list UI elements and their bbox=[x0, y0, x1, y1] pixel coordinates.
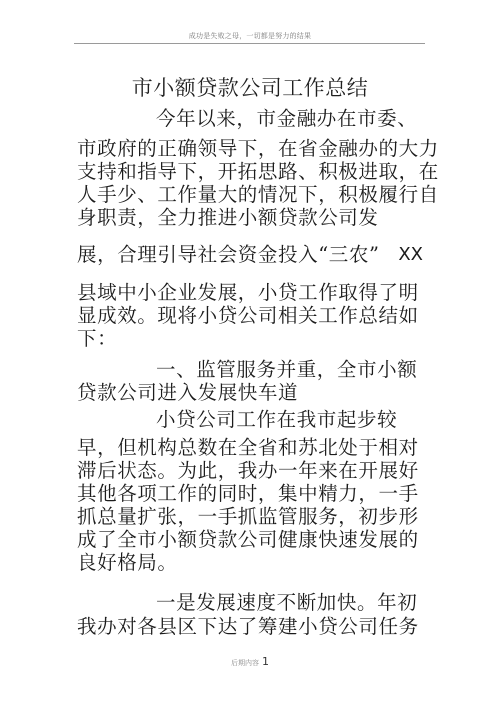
document-page: 成功是失败之母，一切都是努力的结果 市小额贷款公司工作总结 今年以来，市金融办在… bbox=[0, 0, 500, 708]
body-line: 展，合理引导社会资金投入“三农”XX bbox=[77, 244, 423, 266]
body-line-text: 今年以来，市金融办在市委、 bbox=[156, 107, 417, 130]
body-line-text: 良好格局。 bbox=[77, 551, 178, 574]
body-line-text: 支持和指导下，开拓思路、积极进取，在 bbox=[77, 160, 439, 183]
body-line-text: 展，合理引导社会资金投入“三农” bbox=[77, 243, 380, 266]
body-line-text: 小贷公司工作在我市起步较 bbox=[156, 408, 397, 431]
body-line: 滞后状态。为此，我办一年来在开展好 bbox=[77, 460, 427, 482]
body-line-text: 一、监管服务并重，全市小额 bbox=[156, 358, 417, 381]
body-line-text: 显成效。现将小贷公司相关工作总结如 bbox=[77, 304, 419, 327]
page-footer: 后期内容1 bbox=[0, 656, 500, 669]
body-line-text: 抓总量扩张，一手抓监管服务，初步形 bbox=[77, 505, 419, 528]
footer-label: 后期内容 bbox=[231, 659, 259, 667]
body-line: 早，但机构总数在全省和苏北处于相对 bbox=[77, 437, 427, 459]
body-line: 我办对各县区下达了筹建小贷公司任务 bbox=[77, 616, 427, 638]
body-line: 贷款公司进入发展快车道 bbox=[77, 382, 427, 404]
body-line-text: 我办对各县区下达了筹建小贷公司任务 bbox=[77, 615, 419, 638]
body-line: 市政府的正确领导下，在省金融办的大力 bbox=[77, 138, 427, 160]
placeholder-xx: XX bbox=[398, 244, 423, 266]
body-line: 县域中小企业发展，小贷工作取得了明 bbox=[77, 282, 427, 304]
body-line-text: 滞后状态。为此，我办一年来在开展好 bbox=[77, 459, 419, 482]
body-line-text: 贷款公司进入发展快车道 bbox=[77, 381, 298, 404]
body-line: 成了全市小额贷款公司健康快速发展的 bbox=[77, 529, 427, 551]
body-line: 显成效。现将小贷公司相关工作总结如 bbox=[77, 305, 427, 327]
page-number: 1 bbox=[262, 655, 269, 668]
body-line: 今年以来，市金融办在市委、 bbox=[156, 108, 500, 130]
body-line-text: 其他各项工作的同时，集中精力，一手 bbox=[77, 482, 419, 505]
body-line-text: 人手少、工作量大的情况下，积极履行自 bbox=[77, 183, 439, 206]
body-line: 身职责，全力推进小额贷款公司发 bbox=[77, 207, 427, 229]
body-line: 其他各项工作的同时，集中精力，一手 bbox=[77, 483, 427, 505]
body-line: 抓总量扩张，一手抓监管服务，初步形 bbox=[77, 506, 427, 528]
body-line: 一是发展速度不断加快。年初 bbox=[156, 592, 500, 614]
body-line-text: 早，但机构总数在全省和苏北处于相对 bbox=[77, 436, 419, 459]
document-title: 市小额贷款公司工作总结 bbox=[0, 76, 500, 100]
body-line-text: 成了全市小额贷款公司健康快速发展的 bbox=[77, 528, 419, 551]
header-motto: 成功是失败之母，一切都是努力的结果 bbox=[0, 32, 500, 41]
body-line: 人手少、工作量大的情况下，积极履行自 bbox=[77, 184, 427, 206]
body-line-text: 县域中小企业发展，小贷工作取得了明 bbox=[77, 281, 419, 304]
body-line: 下： bbox=[77, 328, 427, 350]
body-line: 支持和指导下，开拓思路、积极进取，在 bbox=[77, 161, 427, 183]
body-line-text: 市政府的正确领导下，在省金融办的大力 bbox=[77, 137, 439, 160]
header-divider bbox=[74, 43, 425, 44]
body-line: 小贷公司工作在我市起步较 bbox=[156, 409, 500, 431]
body-line-text: 下： bbox=[77, 327, 117, 350]
body-line-text: 一是发展速度不断加快。年初 bbox=[156, 591, 417, 614]
body-line: 良好格局。 bbox=[77, 552, 427, 574]
body-line: 一、监管服务并重，全市小额 bbox=[156, 359, 500, 381]
body-line-text: 身职责，全力推进小额贷款公司发 bbox=[77, 206, 379, 229]
